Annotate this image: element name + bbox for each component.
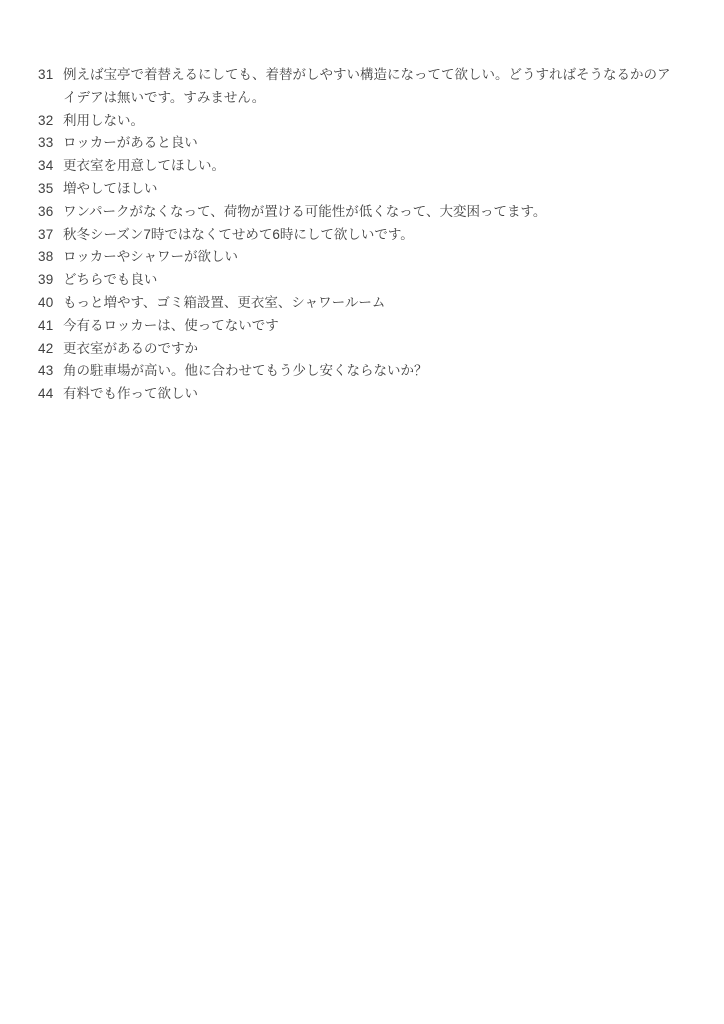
list-item: 31 例えば宝亭で着替えるにしても、着替がしやすい構造になってて欲しい。どうすれ… [38, 64, 678, 110]
list-item: 34 更衣室を用意してほしい。 [38, 155, 678, 178]
item-number: 35 [38, 178, 63, 201]
list-item: 43 角の駐車場が高い。他に合わせてもう少し安くならないか？ [38, 360, 678, 383]
list-item: 37 秋冬シーズン7時ではなくてせめて6時にして欲しいです。 [38, 224, 678, 247]
item-number: 34 [38, 155, 63, 178]
list-item: 40 もっと増やす、ゴミ箱設置、更衣室、シャワールーム [38, 292, 678, 315]
item-text: 更衣室があるのですか [63, 338, 198, 361]
item-text: 利用しない。 [63, 110, 144, 133]
item-text: 更衣室を用意してほしい。 [63, 155, 225, 178]
item-number: 32 [38, 110, 63, 133]
item-number: 40 [38, 292, 63, 315]
item-number: 39 [38, 269, 63, 292]
list-item: 42 更衣室があるのですか [38, 338, 678, 361]
list-item: 41 今有るロッカーは、使ってないです [38, 315, 678, 338]
list-item: 38 ロッカーやシャワーが欲しい [38, 246, 678, 269]
item-text: ワンパークがなくなって、荷物が置ける可能性が低くなって、大変困ってます。 [63, 201, 546, 224]
item-number: 43 [38, 360, 63, 383]
item-number: 41 [38, 315, 63, 338]
item-text: ロッカーやシャワーが欲しい [63, 246, 238, 269]
item-text: 秋冬シーズン7時ではなくてせめて6時にして欲しいです。 [63, 224, 414, 247]
item-text: もっと増やす、ゴミ箱設置、更衣室、シャワールーム [63, 292, 385, 315]
item-text: 今有るロッカーは、使ってないです [63, 315, 279, 338]
list-item: 35 増やしてほしい [38, 178, 678, 201]
item-number: 42 [38, 338, 63, 361]
item-text: ロッカーがあると良い [63, 132, 198, 155]
item-number: 37 [38, 224, 63, 247]
comment-list: 31 例えば宝亭で着替えるにしても、着替がしやすい構造になってて欲しい。どうすれ… [38, 64, 678, 406]
list-item: 44 有料でも作って欲しい [38, 383, 678, 406]
item-text: 角の駐車場が高い。他に合わせてもう少し安くならないか？ [63, 360, 428, 383]
list-item: 32 利用しない。 [38, 110, 678, 133]
document-page: 31 例えば宝亭で着替えるにしても、着替がしやすい構造になってて欲しい。どうすれ… [0, 0, 724, 1024]
item-number: 31 [38, 64, 63, 87]
item-number: 44 [38, 383, 63, 406]
list-item: 36 ワンパークがなくなって、荷物が置ける可能性が低くなって、大変困ってます。 [38, 201, 678, 224]
item-number: 33 [38, 132, 63, 155]
item-text: 例えば宝亭で着替えるにしても、着替がしやすい構造になってて欲しい。どうすればそう… [63, 64, 675, 110]
item-number: 38 [38, 246, 63, 269]
list-item: 33 ロッカーがあると良い [38, 132, 678, 155]
item-text: 増やしてほしい [63, 178, 158, 201]
item-text: 有料でも作って欲しい [63, 383, 198, 406]
item-number: 36 [38, 201, 63, 224]
list-item: 39 どちらでも良い [38, 269, 678, 292]
item-text: どちらでも良い [63, 269, 157, 292]
